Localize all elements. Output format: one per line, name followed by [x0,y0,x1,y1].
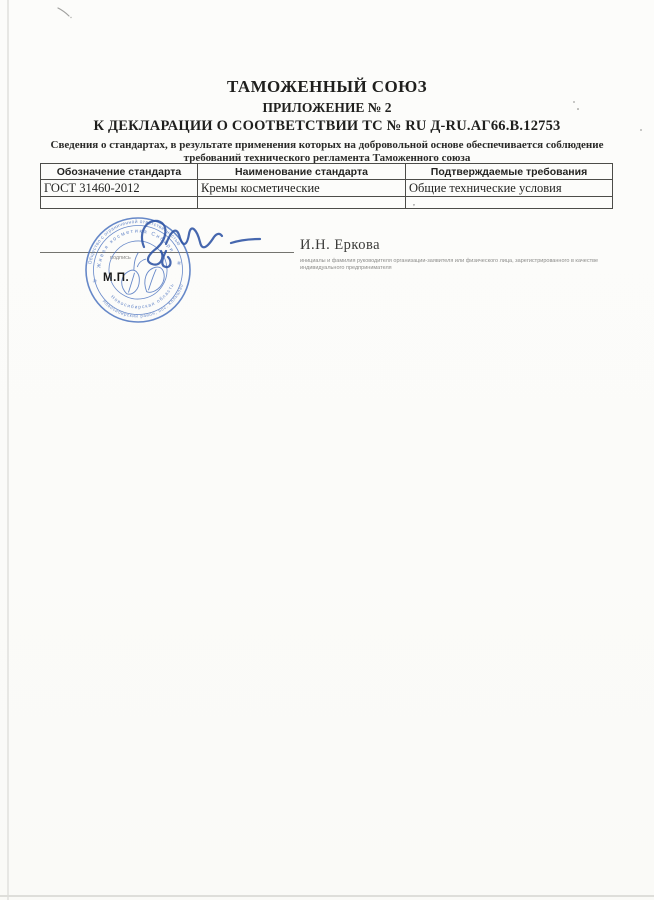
cell-standard-name: Кремы косметические [198,180,406,197]
col-header-confirmed-requirements: Подтверждаемые требования [406,164,613,180]
doc-title-appendix: ПРИЛОЖЕНИЕ № 2 [37,100,617,116]
cell-empty [41,197,198,209]
seal-place-label: М.П. [103,272,129,284]
scan-edge-left [7,0,9,900]
doc-title-customs-union: ТАМОЖЕННЫЙ СОЮЗ [37,77,617,97]
document-header: ТАМОЖЕННЫЙ СОЮЗ ПРИЛОЖЕНИЕ № 2 К ДЕКЛАРА… [37,77,617,164]
scanned-document-page: ТАМОЖЕННЫЙ СОЮЗ ПРИЛОЖЕНИЕ № 2 К ДЕКЛАРА… [0,0,654,900]
doc-subtitle: Сведения о стандартах, в результате прим… [37,139,617,164]
scan-speck [640,129,642,131]
cell-confirmed-requirements: Общие технические условия [406,180,613,197]
table-row-empty: , [41,197,613,209]
round-seal: Общество с ограниченной ответственностью… [76,211,199,332]
col-header-standard-name: Наименование стандарта [198,164,406,180]
col-header-standard-designation: Обозначение стандарта [41,164,198,180]
cell-stray-mark: , [406,197,613,209]
seal-star-left: ✳ [92,278,98,286]
table-row: ГОСТ 31460-2012 Кремы косметические Общи… [41,180,613,197]
signer-caption-line1: инициалы и фамилия руководителя организа… [300,258,600,265]
cell-empty [198,197,406,209]
scan-edge-bottom [0,895,654,897]
signer-caption-line2: индивидуального предпринимателя [300,265,600,272]
seal-inner-ring [104,236,173,305]
table-header-row: Обозначение стандарта Наименование станд… [41,164,613,180]
standards-table: Обозначение стандарта Наименование станд… [40,163,613,209]
pen-tick-mark [57,7,73,19]
signer-name: И.Н. Еркова [300,237,380,254]
doc-title-declaration-number: К ДЕКЛАРАЦИИ О СООТВЕТСТВИИ ТС № RU Д-RU… [37,118,617,135]
cell-standard-designation: ГОСТ 31460-2012 [41,180,198,197]
